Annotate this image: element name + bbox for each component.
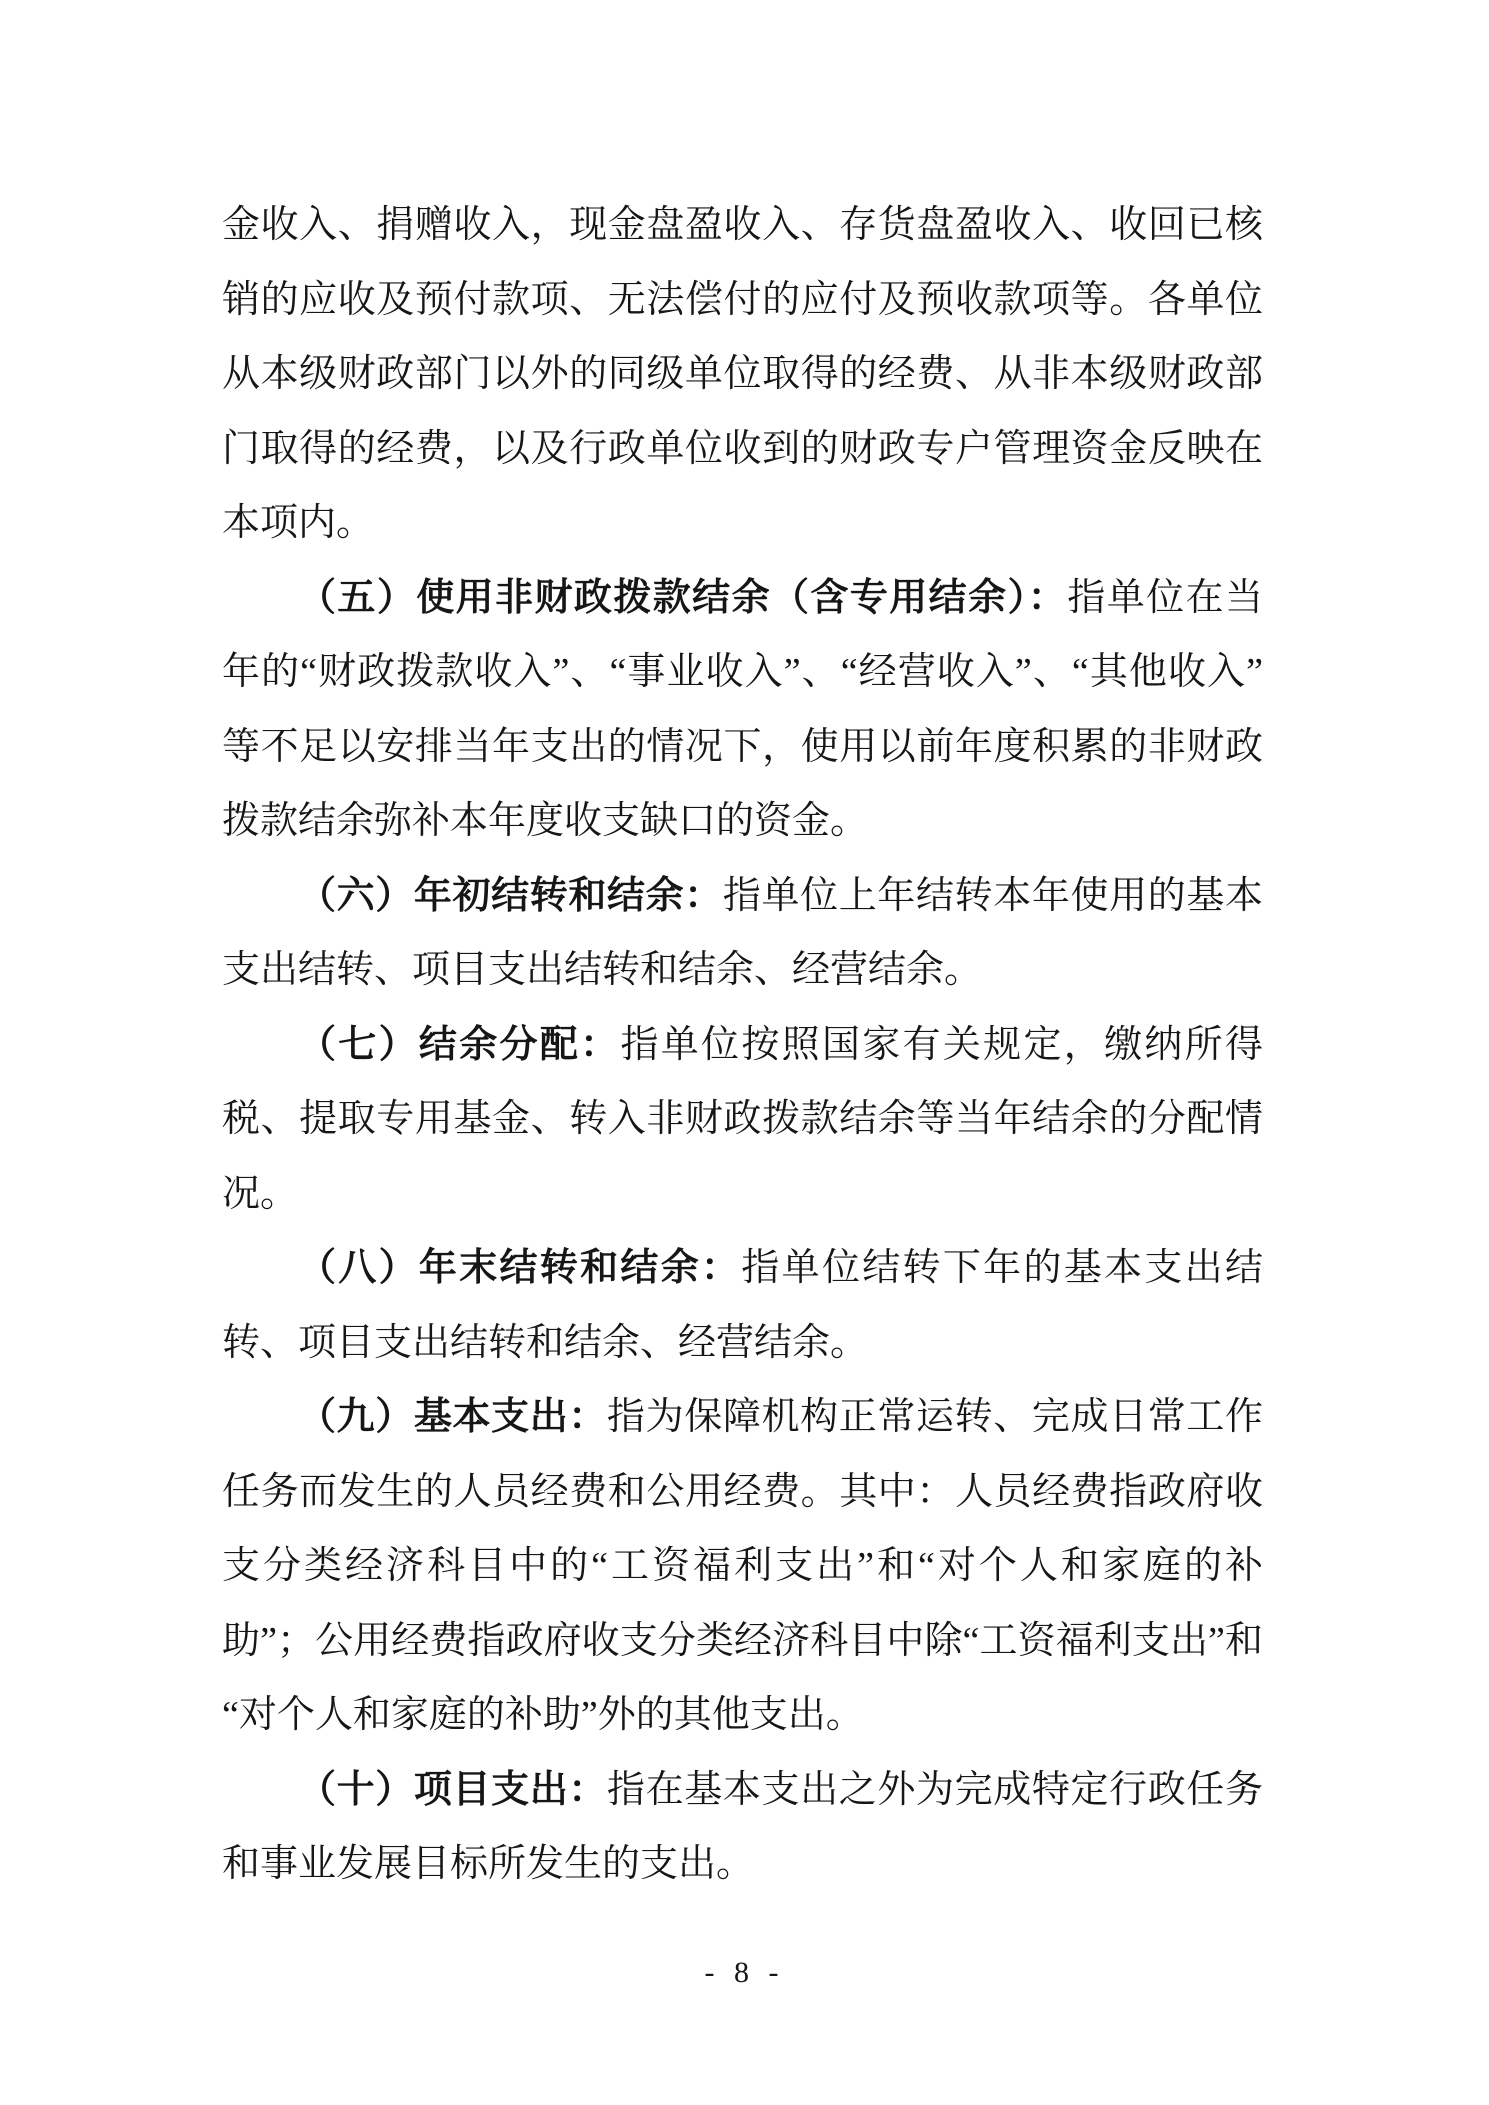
clause-heading-segment: （八）年末结转和结余：: [298, 1247, 741, 1289]
para-item-5-use-of-non-fiscal-balance: （五）使用非财政拨款结余（含专用结余）：指单位在当年的“财政拨款收入”、“事业收…: [222, 561, 1263, 859]
clause-heading-segment: （九）基本支出：: [298, 1396, 607, 1438]
clause-body-segment: 金收入、捐赠收入，现金盘盈收入、存货盘盈收入、收回已核销的应收及预付款项、无法偿…: [222, 204, 1263, 544]
document-body: 金收入、捐赠收入，现金盘盈收入、存货盘盈收入、收回已核销的应收及预付款项、无法偿…: [222, 188, 1263, 1902]
clause-heading-segment: （六）年初结转和结余：: [298, 875, 723, 917]
clause-body-segment: 指为保障机构正常运转、完成日常工作任务而发生的人员经费和公用经费。其中：人员经费…: [222, 1396, 1263, 1736]
para-item-7-balance-distribution: （七）结余分配：指单位按照国家有关规定，缴纳所得税、提取专用基金、转入非财政拨款…: [222, 1008, 1263, 1232]
para-item-8-yearend-carryover: （八）年末结转和结余：指单位结转下年的基本支出结转、项目支出结转和结余、经营结余…: [222, 1231, 1263, 1380]
para-item-6-beginning-carryover: （六）年初结转和结余：指单位上年结转本年使用的基本支出结转、项目支出结转和结余、…: [222, 859, 1263, 1008]
page-number: - 8 -: [0, 1956, 1489, 1990]
clause-heading-segment: （五）使用非财政拨款结余（含专用结余）：: [298, 577, 1067, 619]
para-item-10-project-expenditure: （十）项目支出：指在基本支出之外为完成特定行政任务和事业发展目标所发生的支出。: [222, 1753, 1263, 1902]
document-page: 金收入、捐赠收入，现金盘盈收入、存货盘盈收入、收回已核销的应收及预付款项、无法偿…: [0, 0, 1489, 2105]
para-item-9-basic-expenditure: （九）基本支出：指为保障机构正常运转、完成日常工作任务而发生的人员经费和公用经费…: [222, 1380, 1263, 1753]
para-continuation-other-income: 金收入、捐赠收入，现金盘盈收入、存货盘盈收入、收回已核销的应收及预付款项、无法偿…: [222, 188, 1263, 561]
clause-heading-segment: （七）结余分配：: [298, 1024, 620, 1066]
clause-heading-segment: （十）项目支出：: [298, 1769, 607, 1811]
